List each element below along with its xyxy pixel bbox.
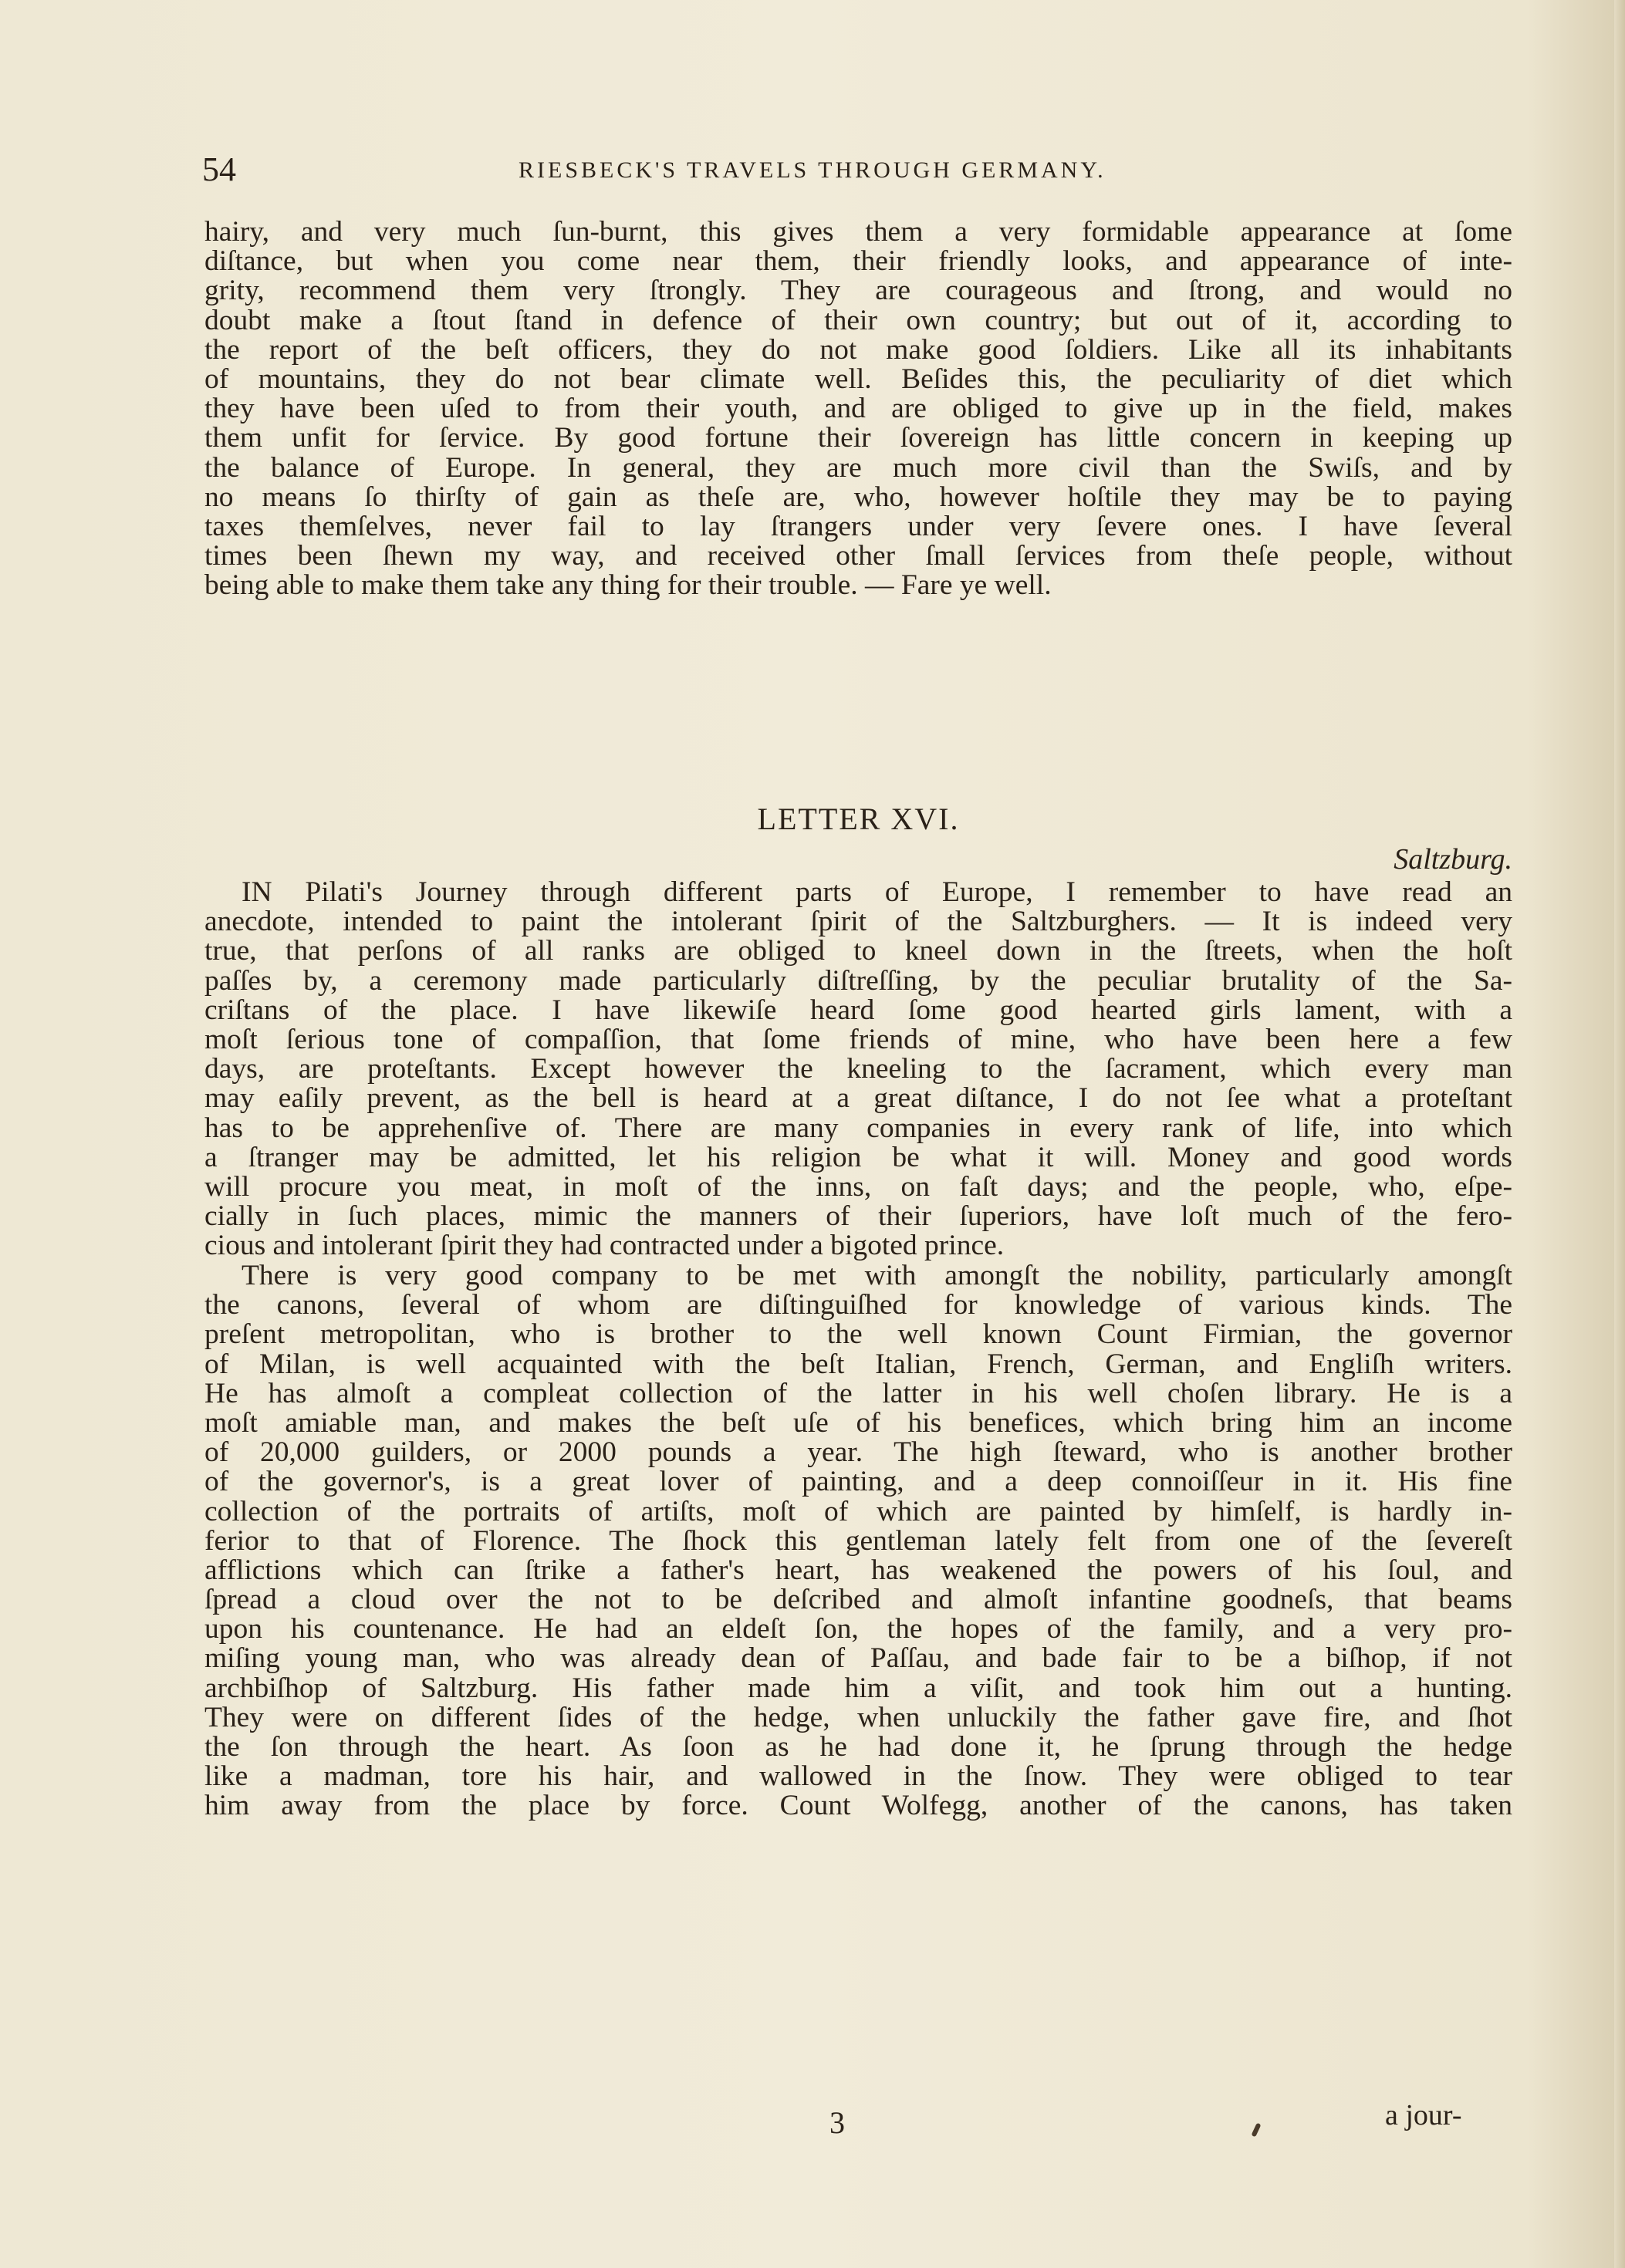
paragraph-opening: IN Pilati's Journey through different pa… xyxy=(204,878,1512,1261)
text-line: He has almoſt a compleat collection of t… xyxy=(204,1379,1512,1409)
text-line: the canons, ſeveral of whom are diſtingu… xyxy=(204,1291,1512,1320)
text-line: miſing young man, who was already dean o… xyxy=(204,1644,1512,1673)
text-line: of Milan, is well acquainted with the be… xyxy=(204,1350,1512,1379)
page-header: 54 RIESBECK'S TRAVELS THROUGH GERMANY. xyxy=(202,150,1514,189)
text-line: them unfit for ſervice. By good fortune … xyxy=(204,424,1512,453)
paragraph-continued: hairy, and very much ſun-burnt, this giv… xyxy=(204,218,1512,600)
text-line: moſt amiable man, and makes the beſt uſe… xyxy=(204,1409,1512,1438)
text-line: has to be apprehenſive of. There are man… xyxy=(204,1114,1512,1143)
text-line: diſtance, but when you come near them, t… xyxy=(204,247,1512,276)
dateline: Saltzburg. xyxy=(1394,842,1512,876)
text-line: the report of the beſt officers, they do… xyxy=(204,336,1512,365)
text-line: criſtans of the place. I have likewiſe h… xyxy=(204,996,1512,1025)
signature-mark: 3 xyxy=(829,2104,845,2141)
text-line: collection of the portraits of artiſts, … xyxy=(204,1497,1512,1527)
text-line: moſt ſerious tone of compaſſion, that ſo… xyxy=(204,1025,1512,1055)
paragraph-nobility: There is very good company to be met wit… xyxy=(204,1261,1512,1821)
text-line: There is very good company to be met wit… xyxy=(204,1261,1512,1291)
book-page: 54 RIESBECK'S TRAVELS THROUGH GERMANY. h… xyxy=(0,0,1625,2268)
text-line: upon his countenance. He had an eldeſt ſ… xyxy=(204,1615,1512,1644)
text-line: hairy, and very much ſun-burnt, this giv… xyxy=(204,218,1512,247)
text-line: grity, recommend them very ſtrongly. The… xyxy=(204,276,1512,305)
text-line: a ſtranger may be admitted, let his reli… xyxy=(204,1143,1512,1173)
running-title: RIESBECK'S TRAVELS THROUGH GERMANY. xyxy=(519,155,1106,186)
text-line: ſpread a cloud over the not to be deſcri… xyxy=(204,1585,1512,1615)
text-line: the ſon through the heart. As ſoon as he… xyxy=(204,1733,1512,1762)
text-line: cious and intolerant ſpirit they had con… xyxy=(204,1231,1512,1261)
text-line: the balance of Europe. In general, they … xyxy=(204,454,1512,483)
text-line: may eaſily prevent, as the bell is heard… xyxy=(204,1084,1512,1113)
text-line: of mountains, they do not bear climate w… xyxy=(204,365,1512,394)
catchword: a jour- xyxy=(1385,2098,1461,2132)
text-line: like a madman, tore his hair, and wallow… xyxy=(204,1762,1512,1791)
text-line: doubt make a ſtout ſtand in defence of t… xyxy=(204,306,1512,336)
letter-heading: LETTER XVI. xyxy=(204,801,1512,837)
text-line: of 20,000 guilders, or 2000 pounds a yea… xyxy=(204,1438,1512,1467)
text-line: IN Pilati's Journey through different pa… xyxy=(204,878,1512,907)
text-line: preſent metropolitan, who is brother to … xyxy=(204,1320,1512,1349)
ink-mark xyxy=(1251,2123,1261,2138)
text-line: archbiſhop of Saltzburg. His father made… xyxy=(204,1674,1512,1703)
text-line: taxes themſelves, never fail to lay ſtra… xyxy=(204,512,1512,542)
text-line: paſſes by, a ceremony made particularly … xyxy=(204,967,1512,996)
text-line: they have been uſed to from their youth,… xyxy=(204,394,1512,424)
text-line: being able to make them take any thing f… xyxy=(204,571,1512,600)
text-line: days, are proteſtants. Except however th… xyxy=(204,1055,1512,1084)
text-line: no means ſo thirſty of gain as theſe are… xyxy=(204,483,1512,512)
text-line: times been ſhewn my way, and received ot… xyxy=(204,542,1512,571)
text-line: true, that perſons of all ranks are obli… xyxy=(204,937,1512,966)
text-line: They were on different ſides of the hedg… xyxy=(204,1703,1512,1733)
text-line: afflictions which can ſtrike a father's … xyxy=(204,1556,1512,1585)
page-number: 54 xyxy=(202,150,236,189)
text-line: of the governor's, is a great lover of p… xyxy=(204,1467,1512,1497)
text-line: anecdote, intended to paint the intolera… xyxy=(204,907,1512,937)
text-line: ferior to that of Florence. The ſhock th… xyxy=(204,1527,1512,1556)
text-line: cially in ſuch places, mimic the manners… xyxy=(204,1202,1512,1231)
text-line: him away from the place by force. Count … xyxy=(204,1791,1512,1821)
text-line: will procure you meat, in moſt of the in… xyxy=(204,1173,1512,1202)
page-edge xyxy=(1614,0,1625,2268)
